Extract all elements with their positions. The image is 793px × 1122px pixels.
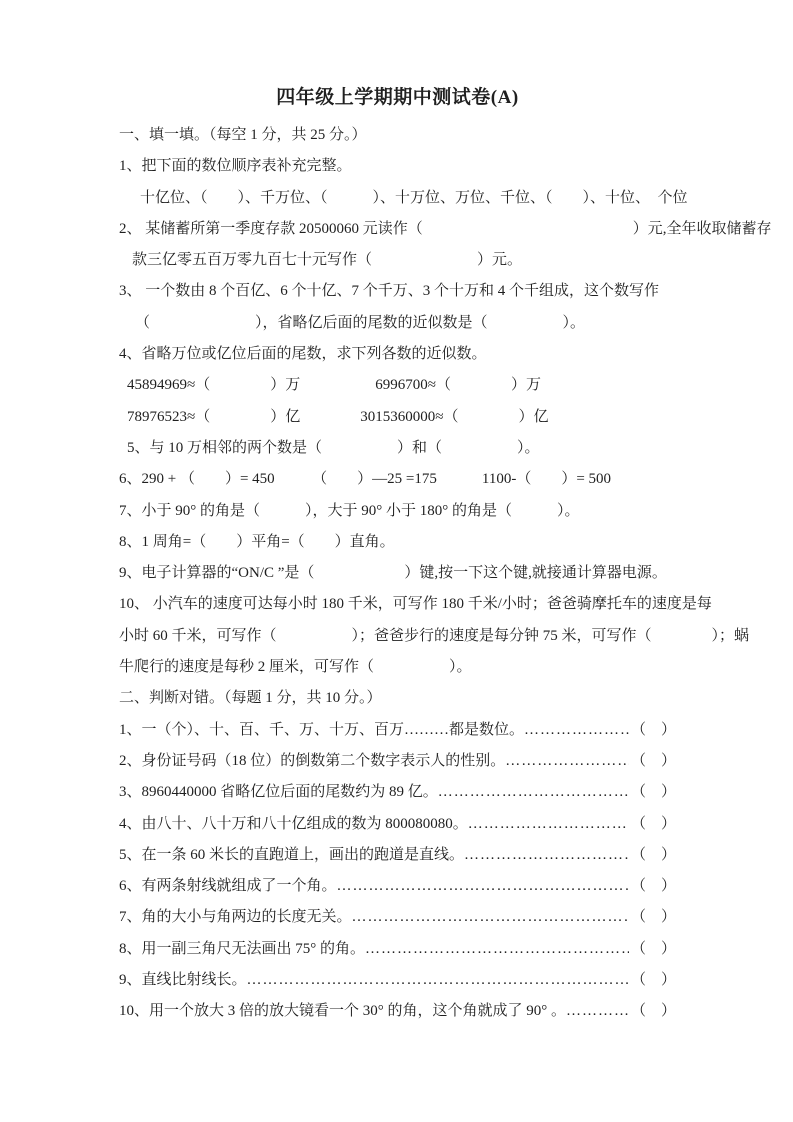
fill-q3-line2: （ ），省略亿后面的尾数的近似数是（ ）。 <box>119 308 676 339</box>
section-judge-heading: 二、判断对错。（每题 1 分，共 10 分。） <box>119 683 676 714</box>
judge-item-2: 2、身份证号码（18 位）的倒数第二个数字表示人的性别。 ……………………………… <box>119 746 676 777</box>
answer-blank: （ ） <box>629 996 676 1027</box>
page-title: 四年级上学期期中测试卷(A) <box>119 84 676 112</box>
fill-q2-line2: 款三亿零五百万零九百七十元写作（ ）元。 <box>119 245 676 276</box>
dot-leader: …………………………………………………………………………………………………………… <box>365 934 629 965</box>
fill-q1-text: 1、把下面的数位顺序表补充完整。 <box>119 151 676 182</box>
section-fill-heading: 一、填一填。（每空 1 分，共 25 分。） <box>119 120 676 151</box>
fill-q6-text: 6、290 + （ ）= 450 （ ）—25 =175 1100-（ ）= 5… <box>119 464 676 495</box>
fill-q7-text: 7、小于 90° 的角是（ ），大于 90° 小于 180° 的角是（ ）。 <box>119 496 676 527</box>
fill-q9-text: 9、电子计算器的“ON/C ”是（ ）键,按一下这个键,就接通计算器电源。 <box>119 558 676 589</box>
fill-q1-place-value-row: 十亿位、（ ）、千万位、（ ）、十万位、万位、千位、（ ）、十位、 个位 <box>119 183 676 214</box>
answer-blank: （ ） <box>629 746 676 777</box>
judge-item-text: 7、角的大小与角两边的长度无关。 <box>119 902 352 933</box>
judge-item-text: 1、一（个）、十、百、千、万、十万、百万………都是数位。 <box>119 715 524 746</box>
fill-q3-line1: 3、 一个数由 8 个百亿、6 个十亿、7 个千万、3 个十万和 4 个千组成，… <box>119 276 676 307</box>
judge-item-text: 9、直线比射线长。 <box>119 965 247 996</box>
test-paper-page: 四年级上学期期中测试卷(A) 一、填一填。（每空 1 分，共 25 分。） 1、… <box>0 0 793 1122</box>
judge-item-text: 3、8960440000 省略亿位后面的尾数约为 89 亿。 <box>119 777 438 808</box>
judge-item-text: 8、用一副三角尺无法画出 75° 的角。 <box>119 934 365 965</box>
answer-blank: （ ） <box>629 934 676 965</box>
judge-item-8: 8、用一副三角尺无法画出 75° 的角。 …………………………………………………… <box>119 934 676 965</box>
judge-item-9: 9、直线比射线长。 ………………………………………………………………………………… <box>119 965 676 996</box>
fill-q4-text: 4、省略万位或亿位后面的尾数，求下列各数的近似数。 <box>119 339 676 370</box>
answer-blank: （ ） <box>629 809 676 840</box>
dot-leader: …………………………………………………………………………………………………………… <box>247 965 629 996</box>
section-fill-in: 一、填一填。（每空 1 分，共 25 分。） 1、把下面的数位顺序表补充完整。 … <box>119 120 676 683</box>
fill-q5-text: 5、与 10 万相邻的两个数是（ ）和（ ）。 <box>119 433 676 464</box>
dot-leader: …………………………………………………………………………………………………………… <box>352 902 629 933</box>
judge-item-7: 7、角的大小与角两边的长度无关。 ……………………………………………………………… <box>119 902 676 933</box>
dot-leader: …………………………………………………………………………………………………………… <box>337 871 629 902</box>
judge-item-1: 1、一（个）、十、百、千、万、十万、百万………都是数位。 ……………………………… <box>119 715 676 746</box>
answer-blank: （ ） <box>629 715 676 746</box>
judge-item-6: 6、有两条射线就组成了一个角。 ………………………………………………………………… <box>119 871 676 902</box>
fill-q4-row1: 45894969≈（ ）万 6996700≈（ ）万 <box>119 370 676 401</box>
answer-blank: （ ） <box>629 777 676 808</box>
section-true-false: 二、判断对错。（每题 1 分，共 10 分。） 1、一（个）、十、百、千、万、十… <box>119 683 676 1027</box>
fill-q4-row2: 78976523≈（ ）亿 3015360000≈（ ）亿 <box>119 402 676 433</box>
dot-leader: …………………………………………………………………………………………………………… <box>524 715 629 746</box>
dot-leader: …………………………………………………………………………………………………………… <box>505 746 629 777</box>
dot-leader: …………………………………………………………………………………………………………… <box>464 840 629 871</box>
dot-leader: …………………………………………………………………………………………………………… <box>438 777 629 808</box>
judge-item-text: 10、用一个放大 3 倍的放大镜看一个 30° 的角，这个角就成了 90° 。 <box>119 996 566 1027</box>
dot-leader: …………………………………………………………………………………………………………… <box>468 809 629 840</box>
judge-item-3: 3、8960440000 省略亿位后面的尾数约为 89 亿。 ………………………… <box>119 777 676 808</box>
judge-item-4: 4、由八十、八十万和八十亿组成的数为 800080080。 …………………………… <box>119 809 676 840</box>
fill-q10-line3: 牛爬行的速度是每秒 2 厘米，可写作（ ）。 <box>119 652 676 683</box>
answer-blank: （ ） <box>629 902 676 933</box>
fill-q10-line1: 10、 小汽车的速度可达每小时 180 千米，可写作 180 千米/小时；爸爸骑… <box>119 589 676 620</box>
judge-item-text: 4、由八十、八十万和八十亿组成的数为 800080080。 <box>119 809 468 840</box>
judge-item-text: 5、在一条 60 米长的直跑道上，画出的跑道是直线。 <box>119 840 464 871</box>
answer-blank: （ ） <box>629 965 676 996</box>
answer-blank: （ ） <box>629 871 676 902</box>
dot-leader: …………………………………………………………………………………………………………… <box>566 996 629 1027</box>
answer-blank: （ ） <box>629 840 676 871</box>
fill-q8-text: 8、1 周角=（ ）平角=（ ）直角。 <box>119 527 676 558</box>
judge-item-text: 2、身份证号码（18 位）的倒数第二个数字表示人的性别。 <box>119 746 505 777</box>
judge-item-text: 6、有两条射线就组成了一个角。 <box>119 871 337 902</box>
judge-item-5: 5、在一条 60 米长的直跑道上，画出的跑道是直线。 …………………………………… <box>119 840 676 871</box>
fill-q2-line1: 2、 某储蓄所第一季度存款 20500060 元读作（ ）元,全年收取储蓄存 <box>119 214 676 245</box>
judge-item-10: 10、用一个放大 3 倍的放大镜看一个 30° 的角，这个角就成了 90° 。 … <box>119 996 676 1027</box>
fill-q10-line2: 小时 60 千米，可写作（ ）；爸爸步行的速度是每分钟 75 米，可写作（ ）；… <box>119 621 676 652</box>
